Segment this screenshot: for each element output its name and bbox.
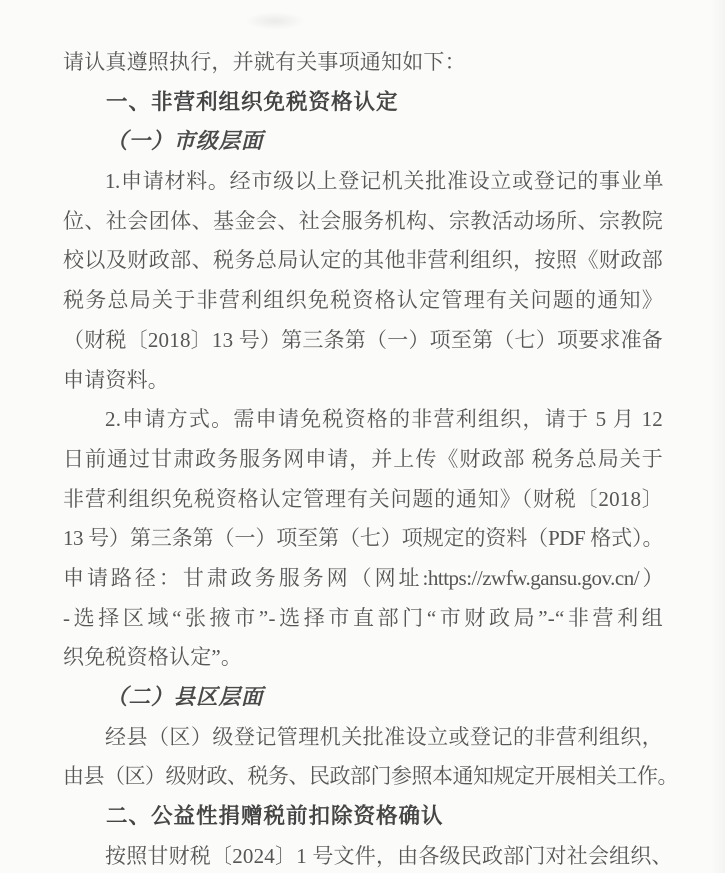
text-line: 经县（区）级登记管理机关批准设立或登记的非营利组织， [63,718,663,758]
section-heading-1: 一、非营利组织免税资格认定 [63,83,663,123]
text-line: 校以及财政部、税务总局认定的其他非营利组织，按照《财政部 [63,241,663,281]
scan-smudge-artifact [245,12,305,30]
subsection-heading-1-2: （二）县区层面 [63,678,663,718]
section-heading-2: 二、公益性捐赠税前扣除资格确认 [63,797,663,837]
text-line: 1.申请材料。经市级以上登记机关批准设立或登记的事业单 [63,162,663,202]
scan-edge-shading [711,0,725,873]
document-body: 请认真遵照执行，并就有关事项通知如下： 一、非营利组织免税资格认定 （一）市级层… [63,43,663,873]
text-line: 位、社会团体、基金会、社会服务机构、宗教活动场所、宗教院 [63,202,663,242]
text-line: 申请资料。 [63,361,663,401]
text-line: 日前通过甘肃政务服务网申请，并上传《财政部 税务总局关于 [63,440,663,480]
text-line: 税务总局关于非营利组织免税资格认定管理有关问题的通知》 [63,281,663,321]
document-page: 请认真遵照执行，并就有关事项通知如下： 一、非营利组织免税资格认定 （一）市级层… [0,0,725,873]
text-line: 请认真遵照执行，并就有关事项通知如下： [63,43,663,83]
subsection-heading-1-1: （一）市级层面 [63,122,663,162]
text-line: 按照甘财税〔2024〕1 号文件，由各级民政部门对社会组织、 [63,837,663,873]
text-line: 由县（区）级财政、税务、民政部门参照本通知规定开展相关工作。 [63,757,663,797]
text-line: （财税〔2018〕13 号）第三条第（一）项至第（七）项要求准备 [63,321,663,361]
text-line: 非营利组织免税资格认定管理有关问题的通知》（财税〔2018〕 [63,480,663,520]
text-line: 申请路径：甘肃政务服务网（网址:https://zwfw.gansu.gov.c… [63,559,663,599]
text-line: 2.申请方式。需申请免税资格的非营利组织，请于 5 月 12 [63,400,663,440]
text-line: -选择区域“张掖市”-选择市直部门“市财政局”-“非营利组 [63,599,663,639]
text-line: 织免税资格认定”。 [63,638,663,678]
text-line: 13 号）第三条第（一）项至第（七）项规定的资料（PDF 格式）。 [63,519,663,559]
